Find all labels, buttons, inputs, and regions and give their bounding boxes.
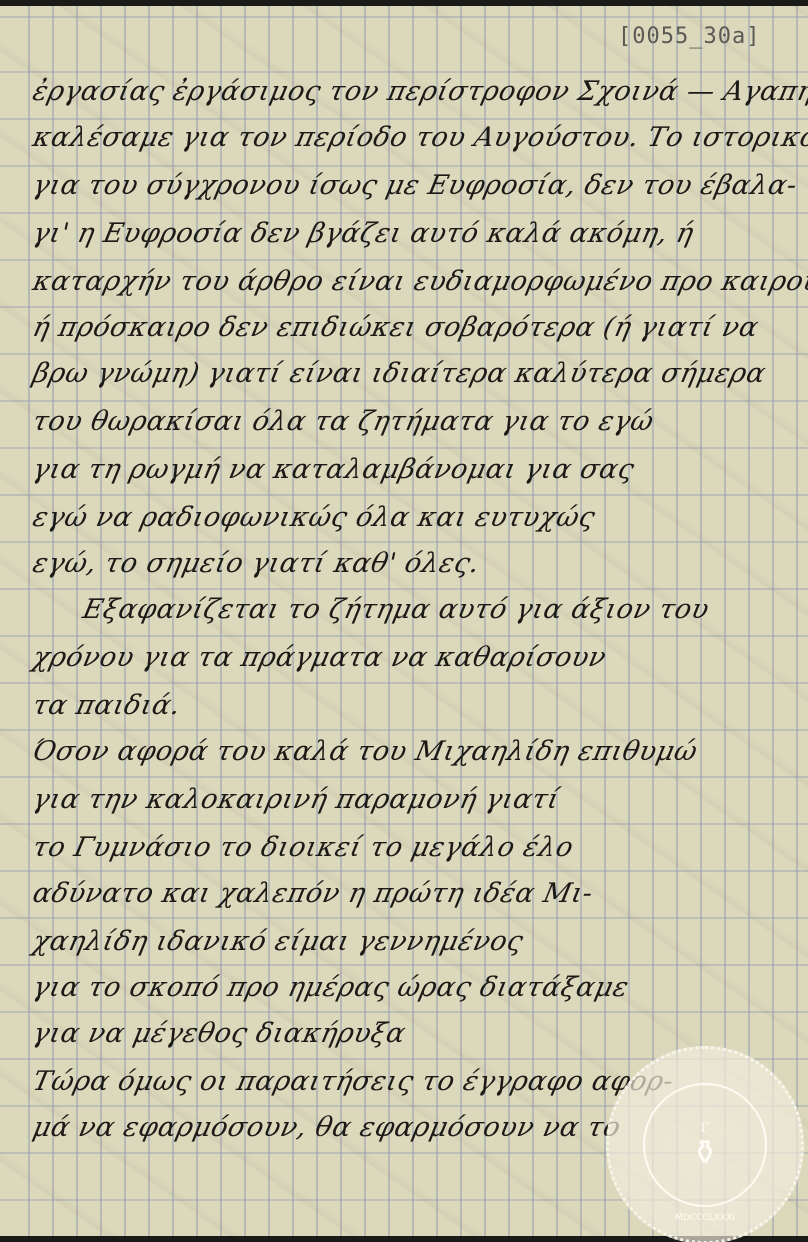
text-line: χρόνου για τα πράγματα να καθαρίσουν — [30, 642, 609, 673]
institution-seal-watermark: Γ ⚱ MDCCCLXXXI — [606, 1046, 804, 1242]
text-line: μά να εφαρμόσουν, θα εφαρμόσουν να το — [30, 1112, 624, 1143]
text-line: καλέσαμε για τον περίοδο του Αυγούστου. … — [30, 122, 808, 153]
text-line: χαηλίδη ιδανικό είμαι γεννημένος — [30, 926, 526, 957]
text-line: για την καλοκαιρινή παραμονή γιατί — [30, 784, 562, 815]
text-line: εγώ να ραδιοφωνικώς όλα και ευτυχώς — [30, 502, 598, 533]
text-line: για τη ρωγμή να καταλαμβάνομαι για σας — [30, 454, 637, 485]
text-line: για του σύγχρονου ίσως με Ευφροσία, δεν … — [30, 170, 800, 201]
amphora-icon: ⚱ — [691, 1136, 720, 1170]
text-line: το Γυμνάσιο το διοικεί το μεγάλο έλο — [30, 832, 576, 863]
text-line: καταρχήν του άρθρο είναι ευδιαμορφωμένο … — [30, 266, 808, 297]
text-line: βρω γνώμη) γιατί είναι ιδιαίτερα καλύτερ… — [30, 358, 769, 389]
text-line: ἐργασίας ἐργάσιμος τον περίστροφον Σχοιν… — [30, 76, 808, 107]
archive-reference-id: [0055_30a] — [618, 24, 760, 49]
text-line: για να μέγεθος διακήρυξα — [30, 1018, 409, 1049]
text-line: του θωρακίσαι όλα τα ζητήματα για το εγώ — [30, 406, 657, 437]
text-line: αδύνατο και χαλεπόν η πρώτη ιδέα Μι- — [30, 878, 596, 909]
seal-emblem: Γ ⚱ — [643, 1083, 767, 1207]
text-line: Όσον αφορά του καλά του Μιχαηλίδη επιθυμ… — [30, 736, 700, 767]
text-line: γι' η Ευφροσία δεν βγάζει αυτό καλά ακόμ… — [30, 218, 697, 249]
text-line: εγώ, το σημείο γιατί καθ' όλες. — [30, 548, 483, 579]
seal-year: MDCCCLXXXI — [609, 1213, 801, 1223]
text-line: για το σκοπό προ ημέρας ώρας διατάξαμε — [30, 972, 632, 1003]
text-line: Εξαφανίζεται το ζήτημα αυτό για άξιον το… — [80, 594, 712, 625]
text-line: ή πρόσκαιρο δεν επιδιώκει σοβαρότερα (ή … — [30, 312, 761, 343]
text-line: τα παιδιά. — [30, 690, 184, 721]
text-line: Τώρα όμως οι παραιτήσεις το έγγραφο αφορ… — [30, 1066, 677, 1097]
